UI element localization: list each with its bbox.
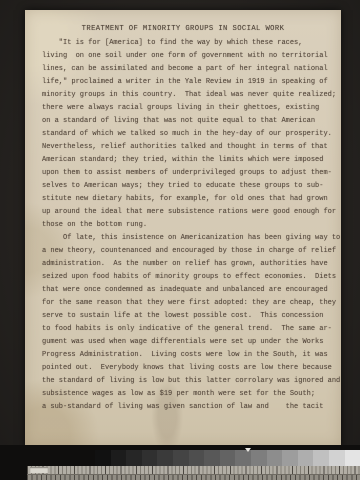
text-line: for the same reason that they were first… [42,297,338,310]
ruler-inch-scale [27,466,360,474]
text-line: up around the ideal that mere subsistenc… [42,206,338,219]
text-line: life," proclaimed a writer in the Yale R… [42,76,338,89]
text-line: standard of which we talked so much in t… [42,128,338,141]
text-line: Of late, this insistence on Americanizat… [42,232,338,245]
text-line: lines, can be assimilated and become a p… [42,63,338,76]
text-line: American standard; they tried, within th… [42,154,338,167]
text-line: a sub-standard of living was given sanct… [42,401,338,414]
calibration-marker-icon [245,448,251,452]
text-line: living on one soil under one form of gov… [42,50,338,63]
text-line: there were always racial groups living i… [42,102,338,115]
page-title: TREATMENT OF MINORITY GROUPS IN SOCIAL W… [25,25,341,33]
typewritten-text: "It is for [America] to find the way by … [42,37,338,414]
grayscale-calibration-bar [95,450,360,466]
text-line: selves to American ways; they tried to e… [42,180,338,193]
text-line: to food habits is only indicative of the… [42,323,338,336]
text-line: the standard of living is low but this l… [42,375,338,388]
text-line: those on the bottom rung. [42,219,338,232]
text-line: stitute new dietary habits, for example,… [42,193,338,206]
ruler [27,466,360,480]
text-line: "It is for [America] to find the way by … [42,37,338,50]
ruler-cm-scale [27,474,360,480]
text-line: serve to sustain life at the lowest poss… [42,310,338,323]
text-line: a new theory, countenanced and encourage… [42,245,338,258]
text-line: seized upon food habits of minority grou… [42,271,338,284]
text-line: minority groups in this country. That id… [42,89,338,102]
scan-background: { "document": { "title": "TREATMENT OF M… [0,0,360,480]
text-line: Nevertheless, relief authorities talked … [42,141,338,154]
scanned-page: TREATMENT OF MINORITY GROUPS IN SOCIAL W… [25,10,341,447]
text-line: administration. As the number on relief … [42,258,338,271]
text-line: pointed out. Everybody knows that living… [42,362,338,375]
text-line: Progress Administration. Living costs we… [42,349,338,362]
text-line: that were once condemned as inadequate a… [42,284,338,297]
text-line: subsistence wages as low as $19 per mont… [42,388,338,401]
ruler-label [30,467,48,473]
text-line: on a standard of living that was not qui… [42,115,338,128]
text-line: gument was used when wage differentials … [42,336,338,349]
text-line: upon them to assist members of underpriv… [42,167,338,180]
